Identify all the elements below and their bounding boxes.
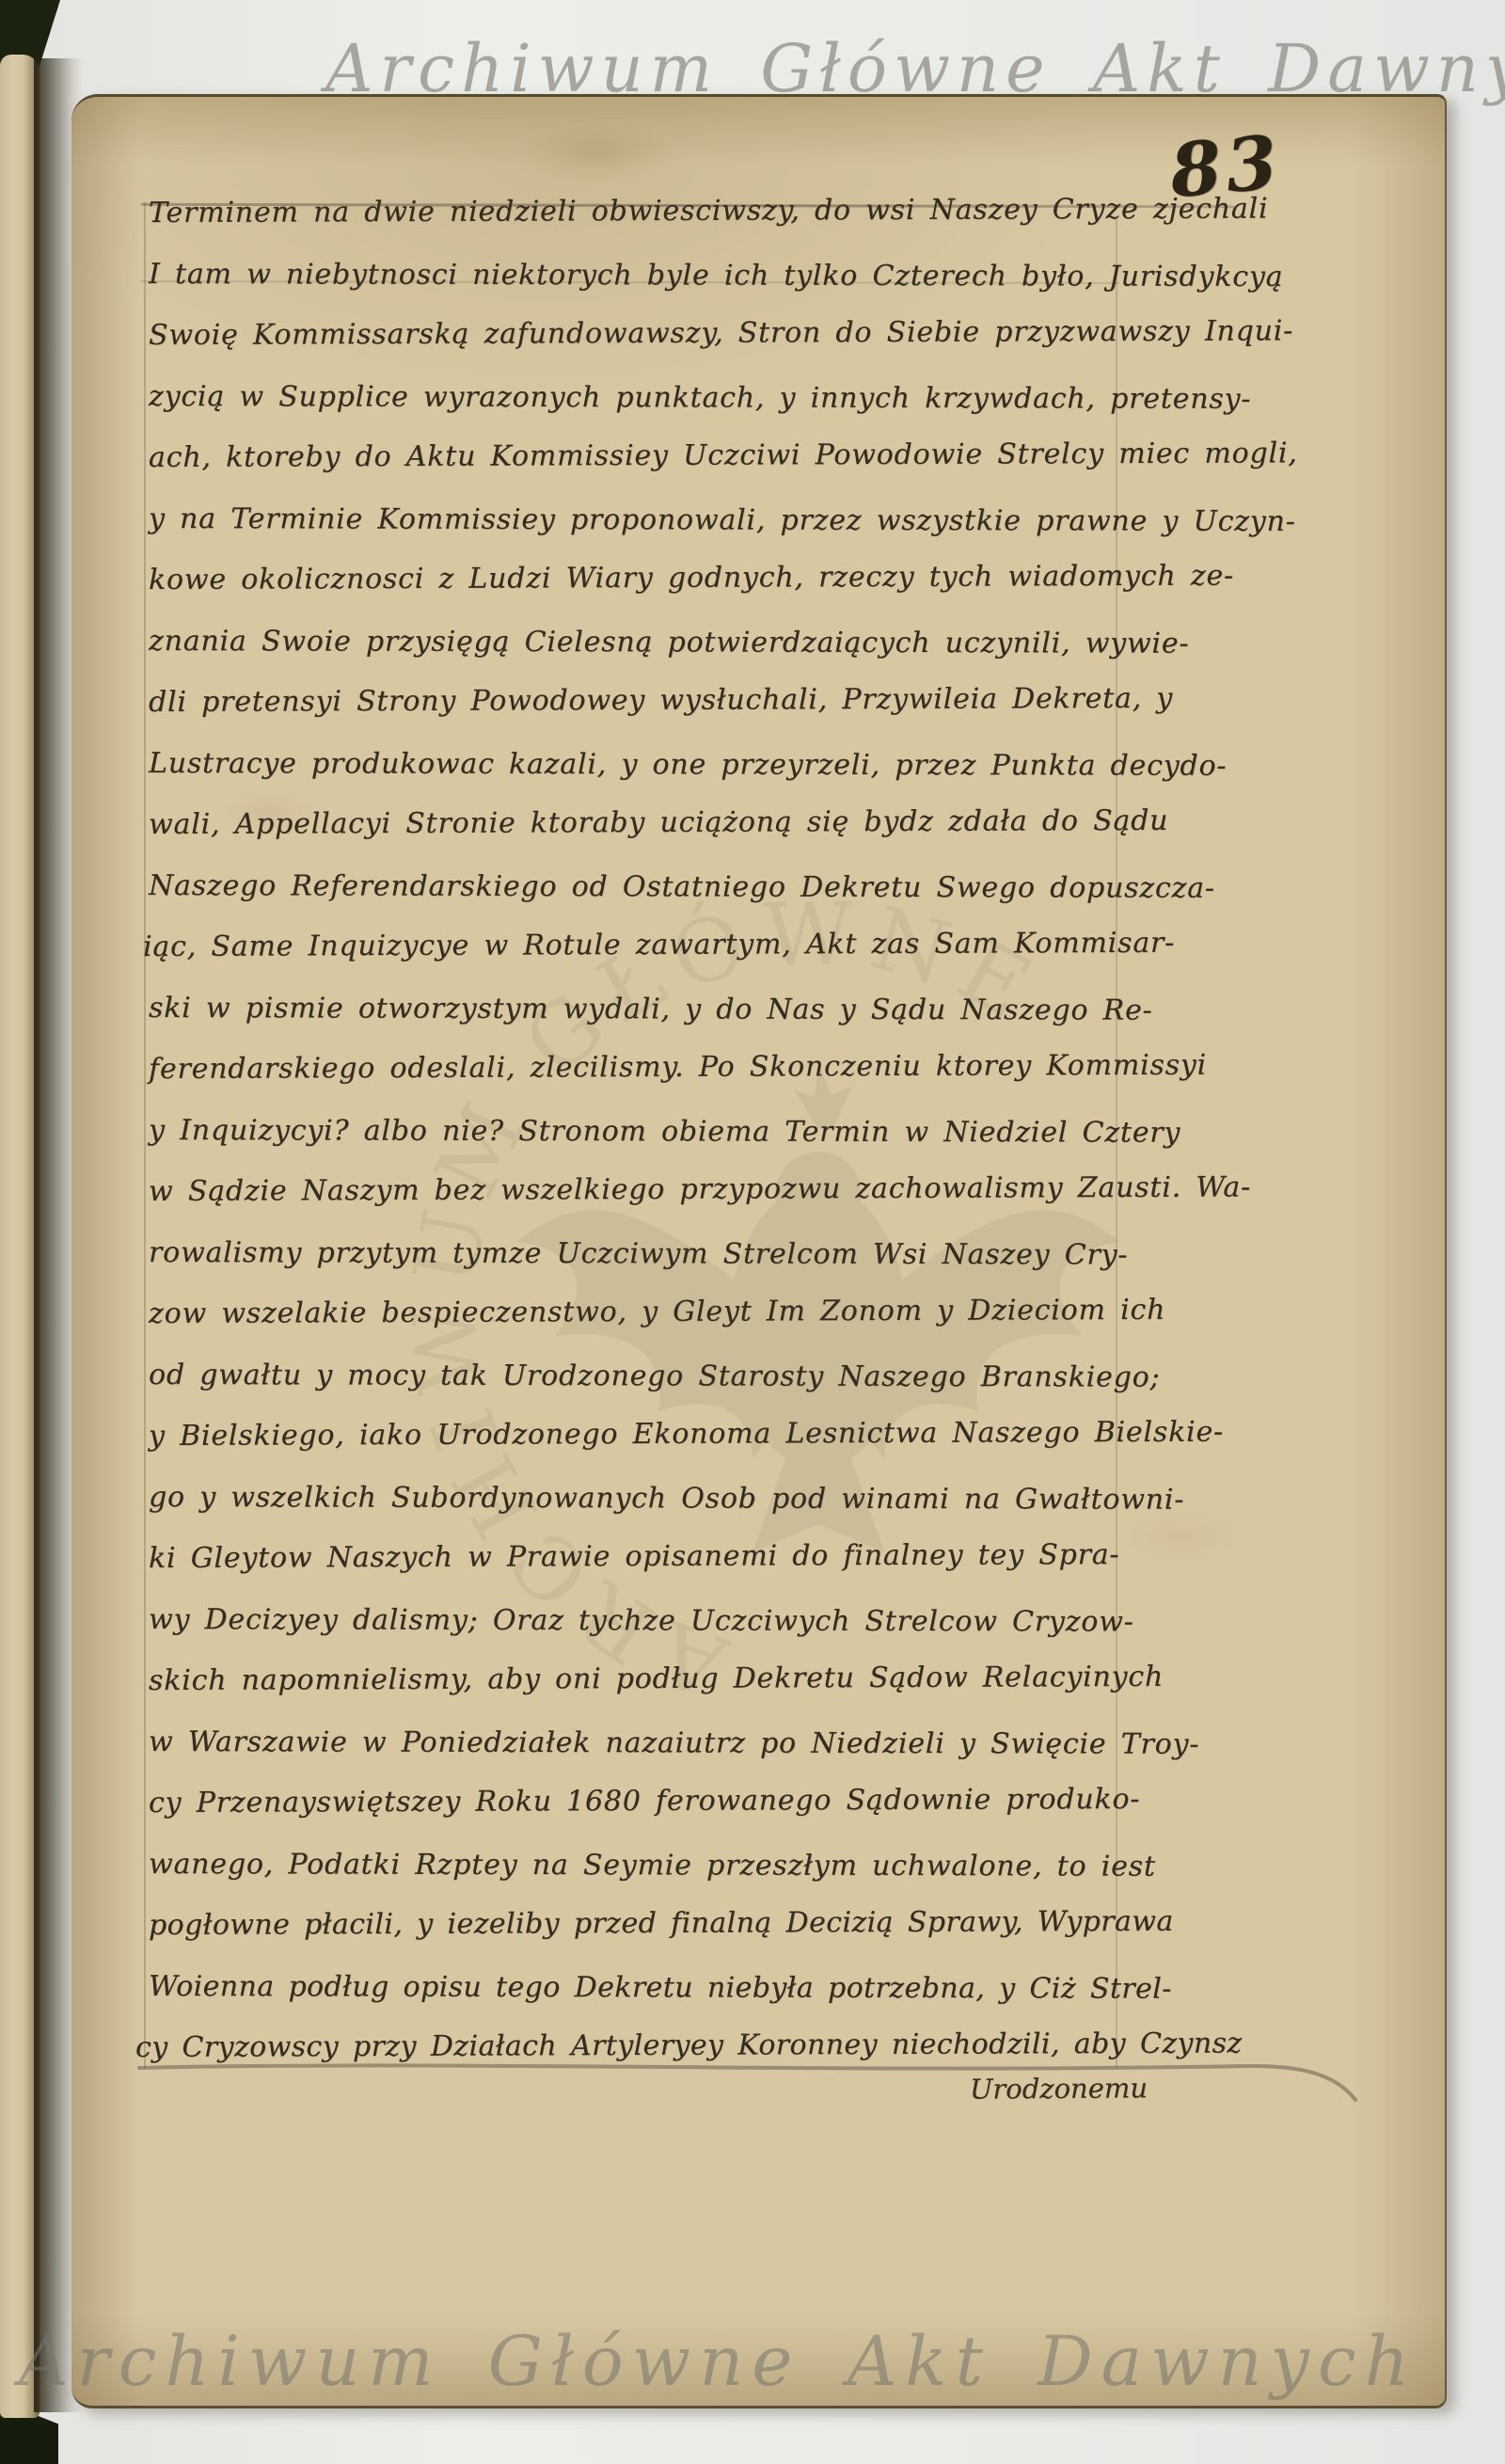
manuscript-text-block: Terminem na dwie niedzieli obwiesciwszy,… [149, 183, 1212, 2078]
manuscript-line: wanego, Podatki Rzptey na Seymie przeszł… [149, 1834, 1212, 1898]
manuscript-line: wali, Appellacyi Stronie ktoraby uciążon… [149, 790, 1212, 855]
manuscript-line: y Inquizycyi? albo nie? Stronom obiema T… [149, 1100, 1212, 1164]
manuscript-line: w Warszawie w Poniedziałek nazaiutrz po … [149, 1711, 1212, 1775]
manuscript-line: Terminem na dwie niedzieli obwiesciwszy,… [149, 179, 1212, 244]
manuscript-line: Naszego Referendarskiego od Ostatniego D… [149, 855, 1212, 919]
manuscript-line: kowe okolicznosci z Ludzi Wiary godnych,… [149, 546, 1212, 611]
manuscript-line: zycią w Supplice wyrazonych punktach, y … [149, 366, 1212, 430]
manuscript-line: wy Decizyey dalismy; Oraz tychze Uczciwy… [149, 1589, 1212, 1653]
manuscript-line: ki Gleytow Naszych w Prawie opisanemi do… [149, 1524, 1212, 1589]
manuscript-line: Lustracye produkowac kazali, y one przey… [149, 733, 1212, 797]
ruled-margin-left [144, 202, 146, 2069]
manuscript-line: ach, ktoreby do Aktu Kommissiey Uczciwi … [149, 423, 1212, 488]
manuscript-line: znania Swoie przysięgą Cielesną potwierd… [149, 611, 1212, 675]
manuscript-line: Woienna podług opisu tego Dekretu niebył… [149, 1956, 1212, 2020]
manuscript-line: rowalismy przytym tymze Uczciwym Strelco… [149, 1222, 1212, 1286]
manuscript-line: y Bielskiego, iako Urodzonego Ekonoma Le… [149, 1402, 1212, 1467]
manuscript-line: w Sądzie Naszym bez wszelkiego przypozwu… [149, 1157, 1212, 1222]
manuscript-line: zow wszelakie bespieczenstwo, y Gleyt Im… [149, 1280, 1212, 1344]
manuscript-line: cy Przenayswiętszey Roku 1680 ferowanego… [149, 1769, 1212, 1834]
manuscript-line: ski w pismie otworzystym wydali, y do Na… [149, 978, 1212, 1041]
manuscript-line: iąc, Same Inquizycye w Rotule zawartym, … [143, 913, 1212, 978]
manuscript-line: skich napomnielismy, aby oni podług Dekr… [149, 1646, 1212, 1711]
manuscript-line: dli pretensyi Strony Powodowey wysłuchal… [149, 668, 1212, 733]
manuscript-line: pogłowne płacili, y iezeliby przed final… [149, 1891, 1212, 1956]
manuscript-line: ferendarskiego odeslali, zlecilismy. Po … [149, 1035, 1212, 1100]
manuscript-line: I tam w niebytnosci niektorych byle ich … [149, 244, 1212, 308]
manuscript-line: go y wszelkich Subordynowanych Osob pod … [149, 1467, 1212, 1531]
manuscript-line: y na Terminie Kommissiey proponowali, pr… [149, 488, 1212, 552]
manuscript-line: od gwałtu y mocy tak Urodzonego Starosty… [149, 1344, 1212, 1408]
manuscript-line: Swoię Kommissarską zafundowawszy, Stron … [149, 301, 1212, 366]
manuscript-line: cy Cryzowscy przy Działach Artyleryey Ko… [135, 2013, 1212, 2078]
